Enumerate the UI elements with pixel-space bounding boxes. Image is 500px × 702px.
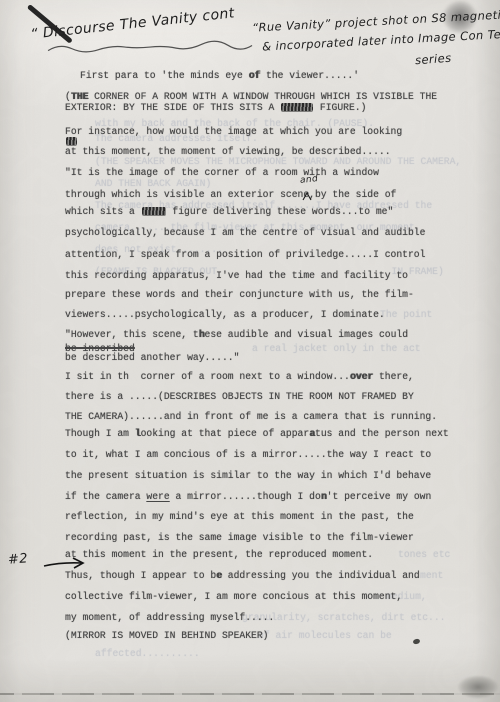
typed-line: my moment, of addressing myself..... [65,612,274,623]
typed-line: through which is visible an exterior sce… [65,189,396,200]
struck-out-word [66,137,77,145]
typed-line: "It is the image of the corner of a room… [65,167,379,178]
ink-smudge-bottom-right [452,672,500,702]
struck-out-word [142,207,166,215]
typed-line: to it, what I am concious of is a mirror… [65,449,431,460]
annotation-inline-insert: and [300,174,319,186]
typed-line: THE CAMERA)......and in front of me is a… [65,411,437,422]
typed-line: be described another way....." [65,352,239,363]
typed-line: (MIRROR IS MOVED IN BEHIND SPEAKER) [65,630,268,641]
caret-insert-icon [302,192,312,201]
typed-line: For instance, how would the image at whi… [65,126,402,137]
typed-line: the present situation is similar to the … [65,470,431,481]
typed-line: I sit in th corner of a room next to a w… [65,371,414,382]
margin-arrow-icon [42,556,88,572]
typed-line: prepare these words and their conjunctur… [65,289,414,300]
ghost-line: The point [380,309,432,320]
typed-line: collective film-viewer, I am more concio… [65,591,402,602]
typed-line: (THE CORNER OF A ROOM WITH A WINDOW THRO… [65,91,437,102]
typed-line: if the camera were a mirror......though … [65,491,431,502]
typed-line: at this moment in the present, the repro… [65,549,373,560]
typed-line: there is a .....(DESCRIBES OBJECTS IN TH… [65,391,414,402]
typed-line: Thus, though I appear to be addressing y… [65,570,420,581]
ghost-line: of air molecules can be [258,630,392,641]
typed-line: viewers.....psychologically, as a produc… [65,309,385,320]
ghost-line: (THE SPEAKER MOVES THE MICROPHONE TOWARD… [95,156,461,167]
annotation-project-note-line3: series [415,51,452,68]
typed-line: recording past, is the same image visibl… [65,532,414,543]
ghost-line: ment [420,570,443,581]
typed-line: at this moment, the moment of viewing, b… [65,146,391,157]
struck-out-word [281,103,313,111]
typed-line: EXTERIOR: BY THE SIDE OF THIS SITS A FIG… [65,102,366,113]
ghost-line: affected.......... [95,648,200,659]
typed-line: reflection, in my mind's eye at this mom… [65,511,414,522]
ghost-line: a real jacket only in the act [252,343,421,354]
typed-line: this recording apparatus, I've had the t… [65,270,408,281]
scanned-typescript-page: with my back and the back of the chair. … [0,0,500,702]
annotation-margin-number: #2 [8,551,29,567]
typed-line: psychologically, because I am the centre… [65,227,425,238]
ink-dot-mark [412,638,420,645]
typed-line: which sits a figure delivering these wor… [65,206,393,217]
typed-line: First para to 'the minds eye of the view… [80,70,359,81]
scan-bottom-edge [0,693,500,695]
typed-line: "However, this scene, these audible and … [65,329,408,340]
ghost-line: AND THEN BACK AGAIN) [95,178,211,189]
typed-line: Though I am looking at that piece of app… [65,428,449,439]
ghost-line: tones etc [398,549,450,560]
ink-smudge-top-right [436,0,484,40]
typed-line: attention, I speak from a position of pr… [65,249,425,260]
